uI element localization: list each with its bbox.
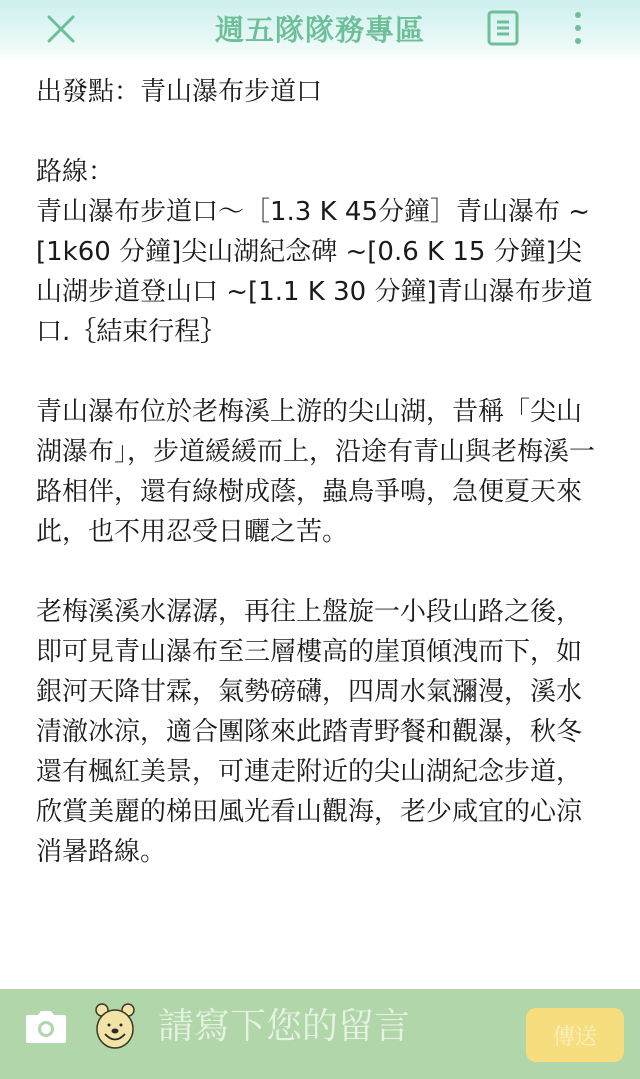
top-bar: 週五隊隊務專區 [0,0,640,60]
route-text: 青山瀑布步道口～［1.3 K 45分鐘］青山瀑布 ~[1k60 分鐘]尖山湖紀念… [36,192,606,352]
message-input[interactable] [158,1003,508,1049]
notes-icon [486,10,520,48]
start-point-text: 出發點：青山瀑布步道口 [36,72,606,112]
send-button[interactable]: 傳送 [526,1008,624,1062]
comment-bar: 傳送 [0,989,640,1079]
pooh-sticker-icon [92,1001,138,1051]
spacer [36,552,606,592]
post-content: 出發點：青山瀑布步道口 路線： 青山瀑布步道口～［1.3 K 45分鐘］青山瀑布… [36,72,606,872]
notes-button[interactable] [486,10,520,48]
camera-button[interactable] [26,1011,66,1043]
close-icon [42,10,80,48]
description-paragraph-1: 青山瀑布位於老梅溪上游的尖山湖，昔稱「尖山湖瀑布」，步道緩緩而上，沿途有青山與老… [36,392,606,552]
spacer [36,352,606,392]
spacer [36,112,606,152]
route-label: 路線： [36,152,606,192]
camera-icon [26,1011,66,1043]
close-button[interactable] [42,10,80,48]
more-vertical-icon [568,10,588,48]
page-title: 週五隊隊務專區 [160,8,480,49]
description-paragraph-2: 老梅溪溪水潺潺，再往上盤旋一小段山路之後，即可見青山瀑布至三層樓高的崖頂傾洩而下… [36,592,606,872]
more-options-button[interactable] [568,10,588,48]
sticker-button[interactable] [92,1001,138,1051]
